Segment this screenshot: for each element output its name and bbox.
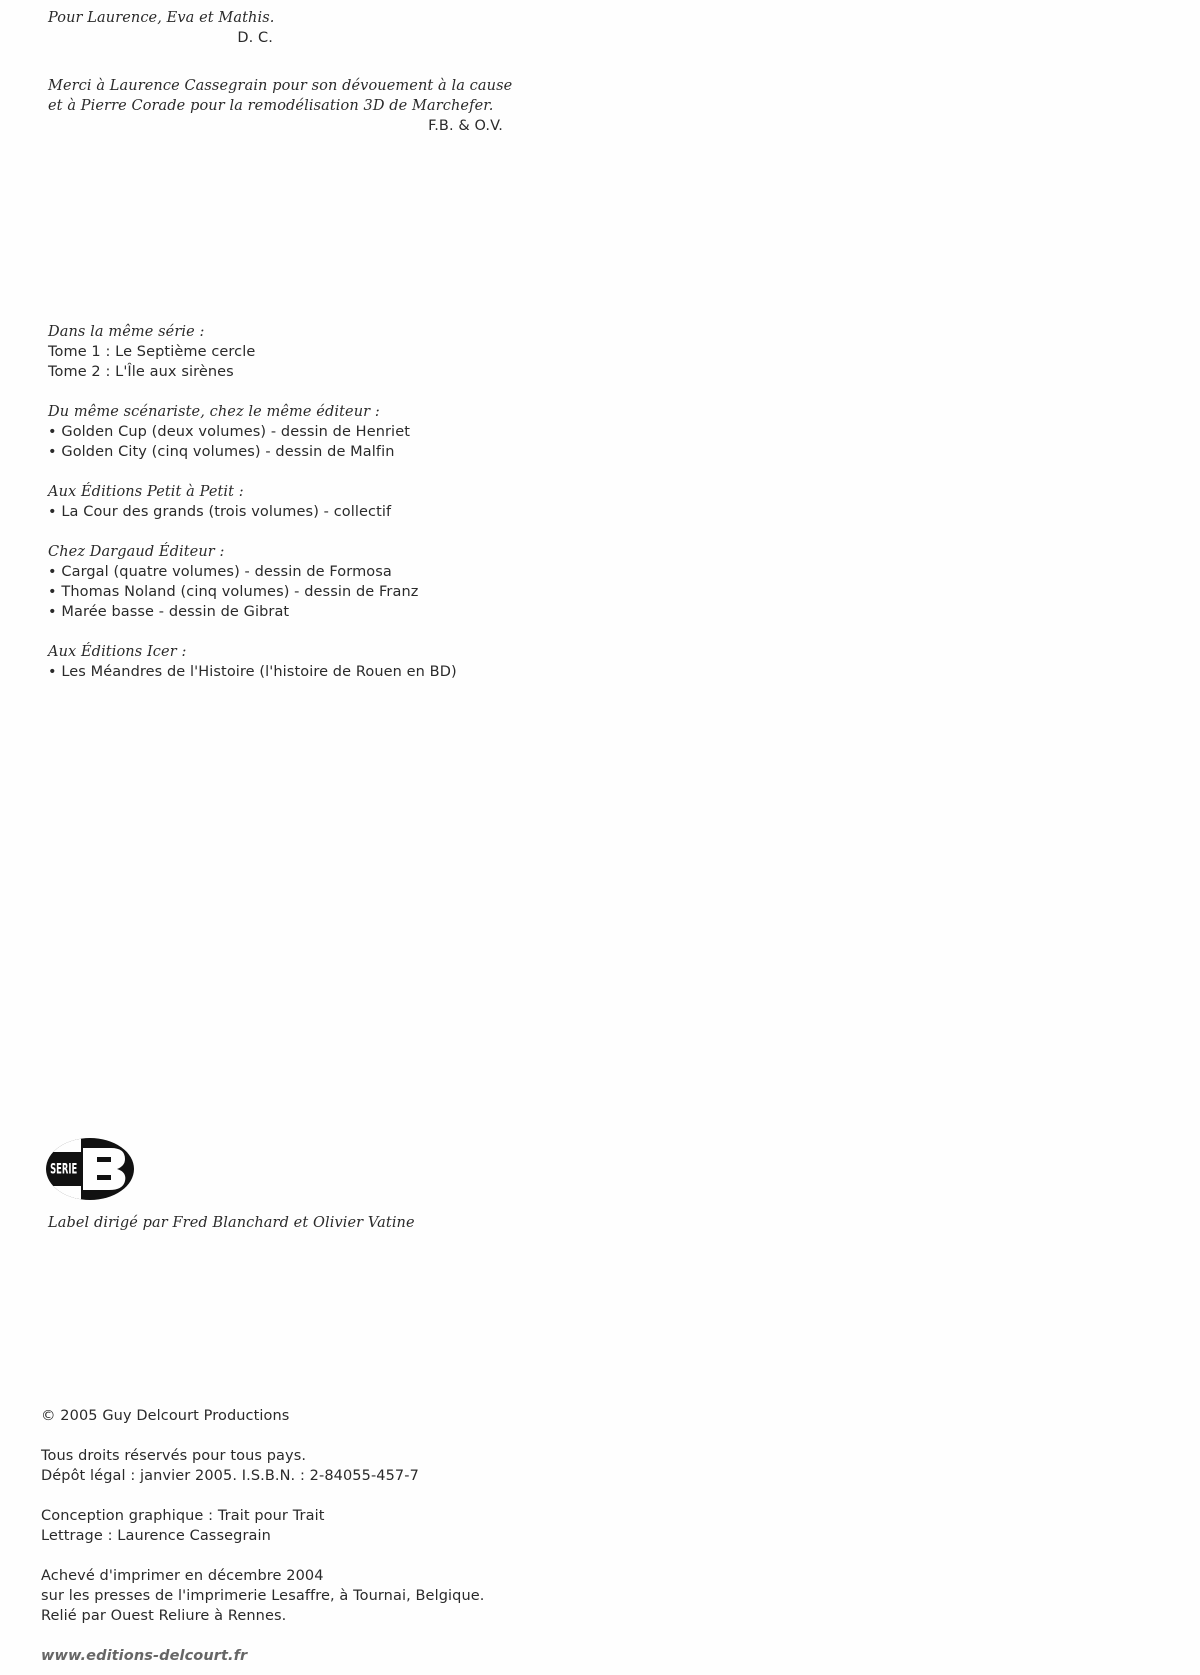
bibliography-section-same-writer: Du même scénariste, chez le même éditeur… xyxy=(48,402,457,462)
list-item: • La Cour des grands (trois volumes) - c… xyxy=(48,502,457,522)
list-item: • Marée basse - dessin de Gibrat xyxy=(48,602,457,622)
colophon: © 2005 Guy Delcourt Productions Tous dro… xyxy=(41,1406,484,1666)
bibliography-section-petit-a-petit: Aux Éditions Petit à Petit : • La Cour d… xyxy=(48,482,457,522)
list-item: • Golden Cup (deux volumes) - dessin de … xyxy=(48,422,457,442)
bibliography: Dans la même série : Tome 1 : Le Septièm… xyxy=(48,322,457,682)
thanks-signature: F.B. & O.V. xyxy=(48,116,503,136)
label-caption: Label dirigé par Fred Blanchard et Olivi… xyxy=(48,1213,415,1233)
dedication-block: Pour Laurence, Eva et Mathis. D. C. xyxy=(48,8,470,48)
rights-text: Tous droits réservés pour tous pays. xyxy=(41,1446,484,1466)
list-item: • Les Méandres de l'Histoire (l'histoire… xyxy=(48,662,457,682)
list-item: • Cargal (quatre volumes) - dessin de Fo… xyxy=(48,562,457,582)
section-heading: Aux Éditions Icer : xyxy=(48,642,457,662)
publisher-website-link[interactable]: www.editions-delcourt.fr xyxy=(41,1646,484,1666)
printing-info: Achevé d'imprimer en décembre 2004 xyxy=(41,1566,484,1586)
bibliography-section-icer: Aux Éditions Icer : • Les Méandres de l'… xyxy=(48,642,457,682)
list-item: • Thomas Noland (cinq volumes) - dessin … xyxy=(48,582,457,602)
list-item: • Golden City (cinq volumes) - dessin de… xyxy=(48,442,457,462)
bibliography-section-dargaud: Chez Dargaud Éditeur : • Cargal (quatre … xyxy=(48,542,457,622)
legal-deposit-text: Dépôt légal : janvier 2005. I.S.B.N. : 2… xyxy=(41,1466,484,1486)
section-heading: Chez Dargaud Éditeur : xyxy=(48,542,457,562)
lettering-credit: Lettrage : Laurence Cassegrain xyxy=(41,1526,484,1546)
section-heading: Aux Éditions Petit à Petit : xyxy=(48,482,457,502)
thanks-line: et à Pierre Corade pour la remodélisatio… xyxy=(48,96,503,116)
thanks-block: Merci à Laurence Cassegrain pour son dév… xyxy=(48,76,503,136)
dedication-signature: D. C. xyxy=(48,28,273,48)
dedication-text: Pour Laurence, Eva et Mathis. xyxy=(48,8,470,28)
thanks-line: Merci à Laurence Cassegrain pour son dév… xyxy=(48,76,503,96)
list-item: Tome 2 : L'Île aux sirènes xyxy=(48,362,457,382)
binding-info: Relié par Ouest Reliure à Rennes. xyxy=(41,1606,484,1626)
list-item: Tome 1 : Le Septième cercle xyxy=(48,342,457,362)
printer-info: sur les presses de l'imprimerie Lesaffre… xyxy=(41,1586,484,1606)
serie-b-logo-icon: SERIE xyxy=(45,1136,135,1202)
bibliography-section-series: Dans la même série : Tome 1 : Le Septièm… xyxy=(48,322,457,382)
copyright-text: © 2005 Guy Delcourt Productions xyxy=(41,1406,484,1426)
section-heading: Dans la même série : xyxy=(48,322,457,342)
serie-b-logo: SERIE xyxy=(45,1136,135,1202)
design-credit: Conception graphique : Trait pour Trait xyxy=(41,1506,484,1526)
section-heading: Du même scénariste, chez le même éditeur… xyxy=(48,402,457,422)
svg-text:SERIE: SERIE xyxy=(50,1161,77,1178)
